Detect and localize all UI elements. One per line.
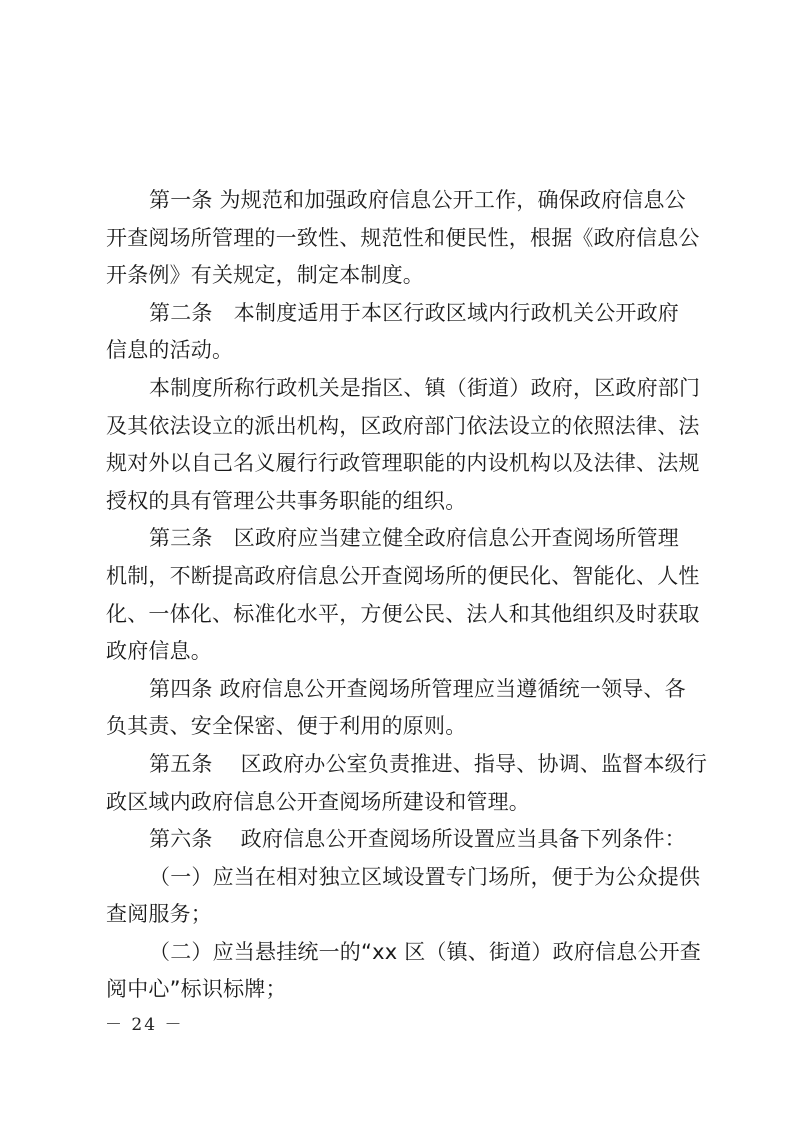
article-1-line-3: 开条例》有关规定，制定本制度。	[106, 257, 706, 295]
document-page: 第一条 为规范和加强政府信息公开工作，确保政府信息公 开查阅场所管理的一致性、规…	[0, 0, 793, 1122]
article-5-line-2: 政区域内政府信息公开查阅场所建设和管理。	[106, 784, 706, 822]
article-5-line-1: 第五条 区政府办公室负责推进、指导、协调、监督本级行	[106, 746, 706, 784]
article-6-item-1-line-1: （一）应当在相对独立区域设置专门场所，便于为公众提供	[106, 859, 706, 897]
article-2-para-2-line-1: 本制度所称行政机关是指区、镇（街道）政府，区政府部门	[106, 370, 706, 408]
article-3-line-3: 化、一体化、标准化水平，方便公民、法人和其他组织及时获取	[106, 596, 706, 634]
article-2-line-2: 信息的活动。	[106, 332, 706, 370]
article-2-para-2-line-2: 及其依法设立的派出机构，区政府部门依法设立的依照法律、法	[106, 408, 706, 446]
article-3-line-4: 政府信息。	[106, 633, 706, 671]
article-6-line-1: 第六条 政府信息公开查阅场所设置应当具备下列条件：	[106, 821, 706, 859]
document-body: 第一条 为规范和加强政府信息公开工作，确保政府信息公 开查阅场所管理的一致性、规…	[106, 182, 706, 1009]
page-number: － 24 －	[105, 1010, 183, 1035]
article-6-item-1-line-2: 查阅服务；	[106, 896, 706, 934]
article-2-para-2-line-4: 授权的具有管理公共事务职能的组织。	[106, 483, 706, 521]
article-1-line-2: 开查阅场所管理的一致性、规范性和便民性，根据《政府信息公	[106, 220, 706, 258]
article-6-item-2-line-1: （二）应当悬挂统一的“xx 区（镇、街道）政府信息公开查	[106, 934, 706, 972]
article-2-line-1: 第二条 本制度适用于本区行政区域内行政机关公开政府	[106, 295, 706, 333]
article-6-item-2-line-2: 阅中心”标识标牌；	[106, 971, 706, 1009]
article-1-line-1: 第一条 为规范和加强政府信息公开工作，确保政府信息公	[106, 182, 706, 220]
article-4-line-1: 第四条 政府信息公开查阅场所管理应当遵循统一领导、各	[106, 671, 706, 709]
article-3-line-1: 第三条 区政府应当建立健全政府信息公开查阅场所管理	[106, 520, 706, 558]
article-3-line-2: 机制，不断提高政府信息公开查阅场所的便民化、智能化、人性	[106, 558, 706, 596]
article-4-line-2: 负其责、安全保密、便于利用的原则。	[106, 708, 706, 746]
article-2-para-2-line-3: 规对外以自己名义履行行政管理职能的内设机构以及法律、法规	[106, 445, 706, 483]
